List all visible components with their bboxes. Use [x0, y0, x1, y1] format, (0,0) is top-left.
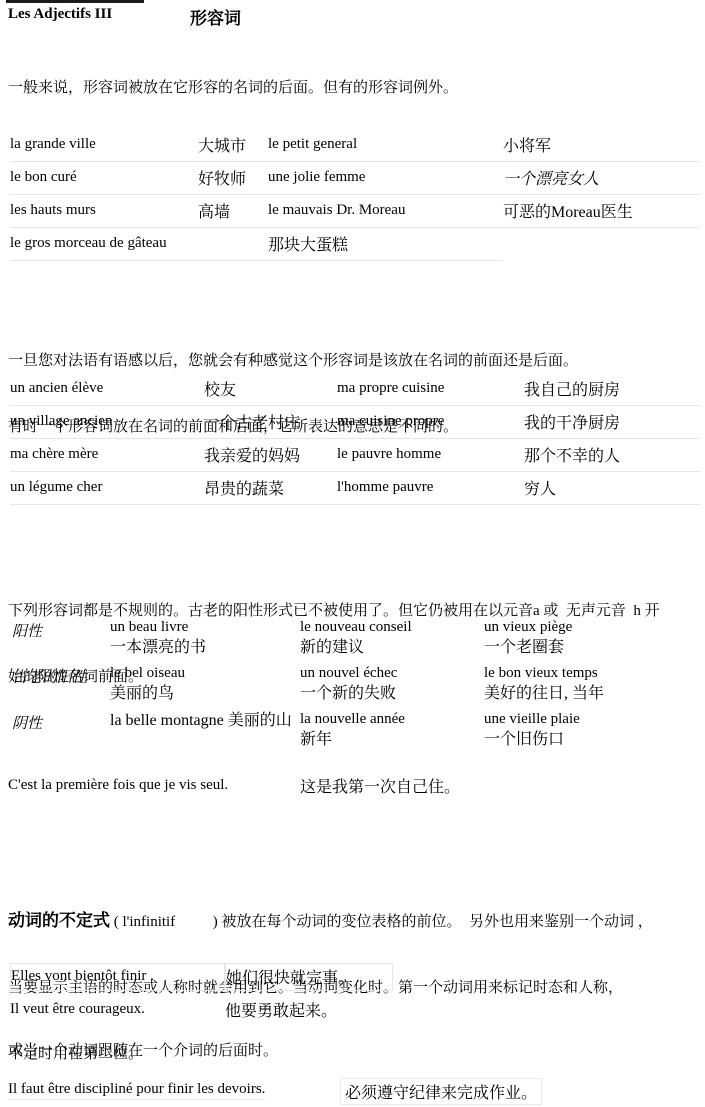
table-row: le bon curé 好牧师 une jolie femme 一个漂亮女人	[10, 161, 700, 194]
cell-french: ma chère mère	[10, 438, 204, 472]
cell-chinese: 一个旧伤口	[484, 729, 694, 750]
cell-french: le pauvre homme	[337, 438, 524, 472]
infinitive-examples-table: Elles vont bientôt finir . 她们很快就完事。 Il v…	[10, 960, 700, 1026]
infinitive-heading: 动词的不定式	[8, 911, 110, 930]
example-cell: une vieille plaie 一个旧伤口	[484, 710, 700, 750]
cell-french: le petit general	[268, 128, 503, 162]
example-cell: un beau livre 一本漂亮的书	[110, 618, 300, 658]
table-row: 古老的阳性 le bel oiseau 美丽的鸟 un nouvel échec…	[12, 664, 700, 710]
cell-french: le gros morceau de gâteau	[10, 227, 268, 261]
paragraph-line: 一旦您对法语有语感以后，您就会有种感觉这个形容词是该放在名词的前面还是后面。	[8, 350, 705, 372]
cell-french: les hauts murs	[10, 194, 198, 228]
cell-chinese: 他要勇敢起来。	[225, 997, 700, 1023]
row-label-old-masculine: 古老的阳性	[12, 664, 110, 687]
example-cell: la belle montagne 美丽的山	[110, 710, 300, 731]
cell-french: la nouvelle année	[300, 710, 478, 729]
cell-french: le bel oiseau	[110, 664, 294, 683]
sentence-french: Il faut être discipliné pour finir les d…	[8, 1081, 265, 1100]
cell-french: une jolie femme	[268, 161, 503, 195]
cell-chinese: 我亲爱的妈妈	[204, 438, 337, 472]
cell-chinese: 一本漂亮的书	[110, 637, 294, 658]
table-row: la grande ville 大城市 le petit general 小将军	[10, 128, 700, 161]
table-row: le gros morceau de gâteau 那块大蛋糕	[10, 227, 700, 260]
cell-french: ma propre cuisine	[337, 372, 524, 406]
position-meaning-table: un ancien élève 校友 ma propre cuisine 我自己…	[10, 372, 700, 504]
page-title-chinese: 形容词	[190, 4, 241, 29]
row-label-masculine: 阳性	[12, 618, 110, 641]
cell-chinese: 一个古老村庄	[204, 405, 337, 439]
cell-french: l'homme pauvre	[337, 471, 524, 505]
cell-chinese: 新的建议	[300, 637, 478, 658]
table-row: les hauts murs 高墙 le mauvais Dr. Moreau …	[10, 194, 700, 227]
irregular-forms-table: 阳性 un beau livre 一本漂亮的书 le nouveau conse…	[12, 618, 700, 756]
table-row: 阴性 la belle montagne 美丽的山 la nouvelle an…	[12, 710, 700, 756]
example-cell: la nouvelle année 新年	[300, 710, 484, 750]
cell-chinese: 我自己的厨房	[524, 372, 700, 406]
document-page: Les Adjectifs III 形容词 一般来说，形容词被放在它形容的名词的…	[0, 0, 705, 1107]
cell-chinese: 大城市	[198, 128, 268, 162]
example-sentence-row: C'est la première fois que je vis seul. …	[8, 776, 705, 798]
example-cell: un vieux piège 一个老圈套	[484, 618, 700, 658]
cell-chinese: 穷人	[524, 471, 700, 505]
cell-chinese: 美好的往日, 当年	[484, 683, 694, 704]
example-cell: le nouveau conseil 新的建议	[300, 618, 484, 658]
cell-french: un vieux piège	[484, 618, 694, 637]
table-row: un village ancien 一个古老村庄 ma cuisine prop…	[10, 405, 700, 438]
cell-chinese: 美丽的鸟	[110, 683, 294, 704]
cell-empty	[503, 227, 700, 260]
final-example-row: Il faut être discipliné pour finir les d…	[8, 1080, 705, 1102]
paragraph-line: 动词的不定式 ( l'infinitif ) 被放在每个动词的变位表格的前位。 …	[8, 910, 705, 933]
cell-french: un beau livre	[110, 618, 294, 637]
cell-chinese: 小将军	[503, 128, 700, 162]
cell-mixed: la belle montagne 美丽的山	[110, 710, 294, 731]
cell-french: le mauvais Dr. Moreau	[268, 194, 503, 228]
cell-french: un légume cher	[10, 471, 204, 505]
cell-french: le bon curé	[10, 161, 198, 195]
intro-paragraph: 一般来说，形容词被放在它形容的名词的后面。但有的形容词例外。	[8, 77, 705, 99]
cell-chinese: 高墙	[198, 194, 268, 228]
table-row: un ancien élève 校友 ma propre cuisine 我自己…	[10, 372, 700, 405]
cell-french: un village ancien	[10, 405, 204, 439]
row-label-feminine: 阴性	[12, 710, 110, 733]
scan-artifact	[6, 0, 144, 3]
table-row: 阳性 un beau livre 一本漂亮的书 le nouveau conse…	[12, 618, 700, 664]
cell-chinese: 好牧师	[198, 161, 268, 195]
cell-french: ma cuisine propre	[337, 405, 524, 439]
cell-chinese: 我的干净厨房	[524, 405, 700, 439]
cell-french: Elles vont bientôt finir .	[10, 963, 225, 991]
table-row: un légume cher 昂贵的蔬菜 l'homme pauvre 穷人	[10, 471, 700, 504]
cell-french: un nouvel échec	[300, 664, 478, 683]
paragraph-text: ( l'infinitif ) 被放在每个动词的变位表格的前位。 另外也用来鉴别…	[110, 914, 653, 930]
adjective-examples-table: la grande ville 大城市 le petit general 小将军…	[10, 128, 700, 260]
example-cell: le bel oiseau 美丽的鸟	[110, 664, 300, 704]
example-cell: un nouvel échec 一个新的失败	[300, 664, 484, 704]
cell-chinese: 昂贵的蔬菜	[204, 471, 337, 505]
table-row: ma chère mère 我亲爱的妈妈 le pauvre homme 那个不…	[10, 438, 700, 471]
sentence-chinese: 必须遵守纪律来完成作业。	[340, 1078, 542, 1105]
cell-chinese: 新年	[300, 729, 478, 750]
cell-french: la grande ville	[10, 128, 198, 162]
cell-chinese: 那个不幸的人	[524, 438, 700, 472]
page-title-french: Les Adjectifs III	[8, 6, 112, 23]
table-row: Il veut être courageux. 他要勇敢起来。	[10, 993, 700, 1026]
cell-french: un ancien élève	[10, 372, 204, 406]
cell-chinese: 那块大蛋糕	[268, 227, 503, 261]
cell-chinese: 校友	[204, 372, 337, 406]
table-row: Elles vont bientôt finir . 她们很快就完事。	[10, 960, 700, 993]
sentence-chinese: 这是我第一次自己住。	[300, 774, 460, 797]
cell-french: une vieille plaie	[484, 710, 694, 729]
cell-chinese: 一个漂亮女人	[503, 161, 700, 195]
cell-chinese: 可恶的Moreau医生	[503, 194, 700, 228]
cell-chinese: 她们很快就完事。	[225, 963, 393, 991]
cell-chinese: 一个老圈套	[484, 637, 694, 658]
cell-chinese: 一个新的失败	[300, 683, 478, 704]
sentence-french: C'est la première fois que je vis seul.	[8, 777, 228, 793]
preposition-paragraph: 或当一个动词跟随在一个介词的后面时。	[8, 1040, 705, 1062]
cell-french: le nouveau conseil	[300, 618, 478, 637]
example-cell: le bon vieux temps 美好的往日, 当年	[484, 664, 700, 704]
cell-french: Il veut être courageux.	[10, 997, 225, 1023]
cell-french: le bon vieux temps	[484, 664, 694, 683]
